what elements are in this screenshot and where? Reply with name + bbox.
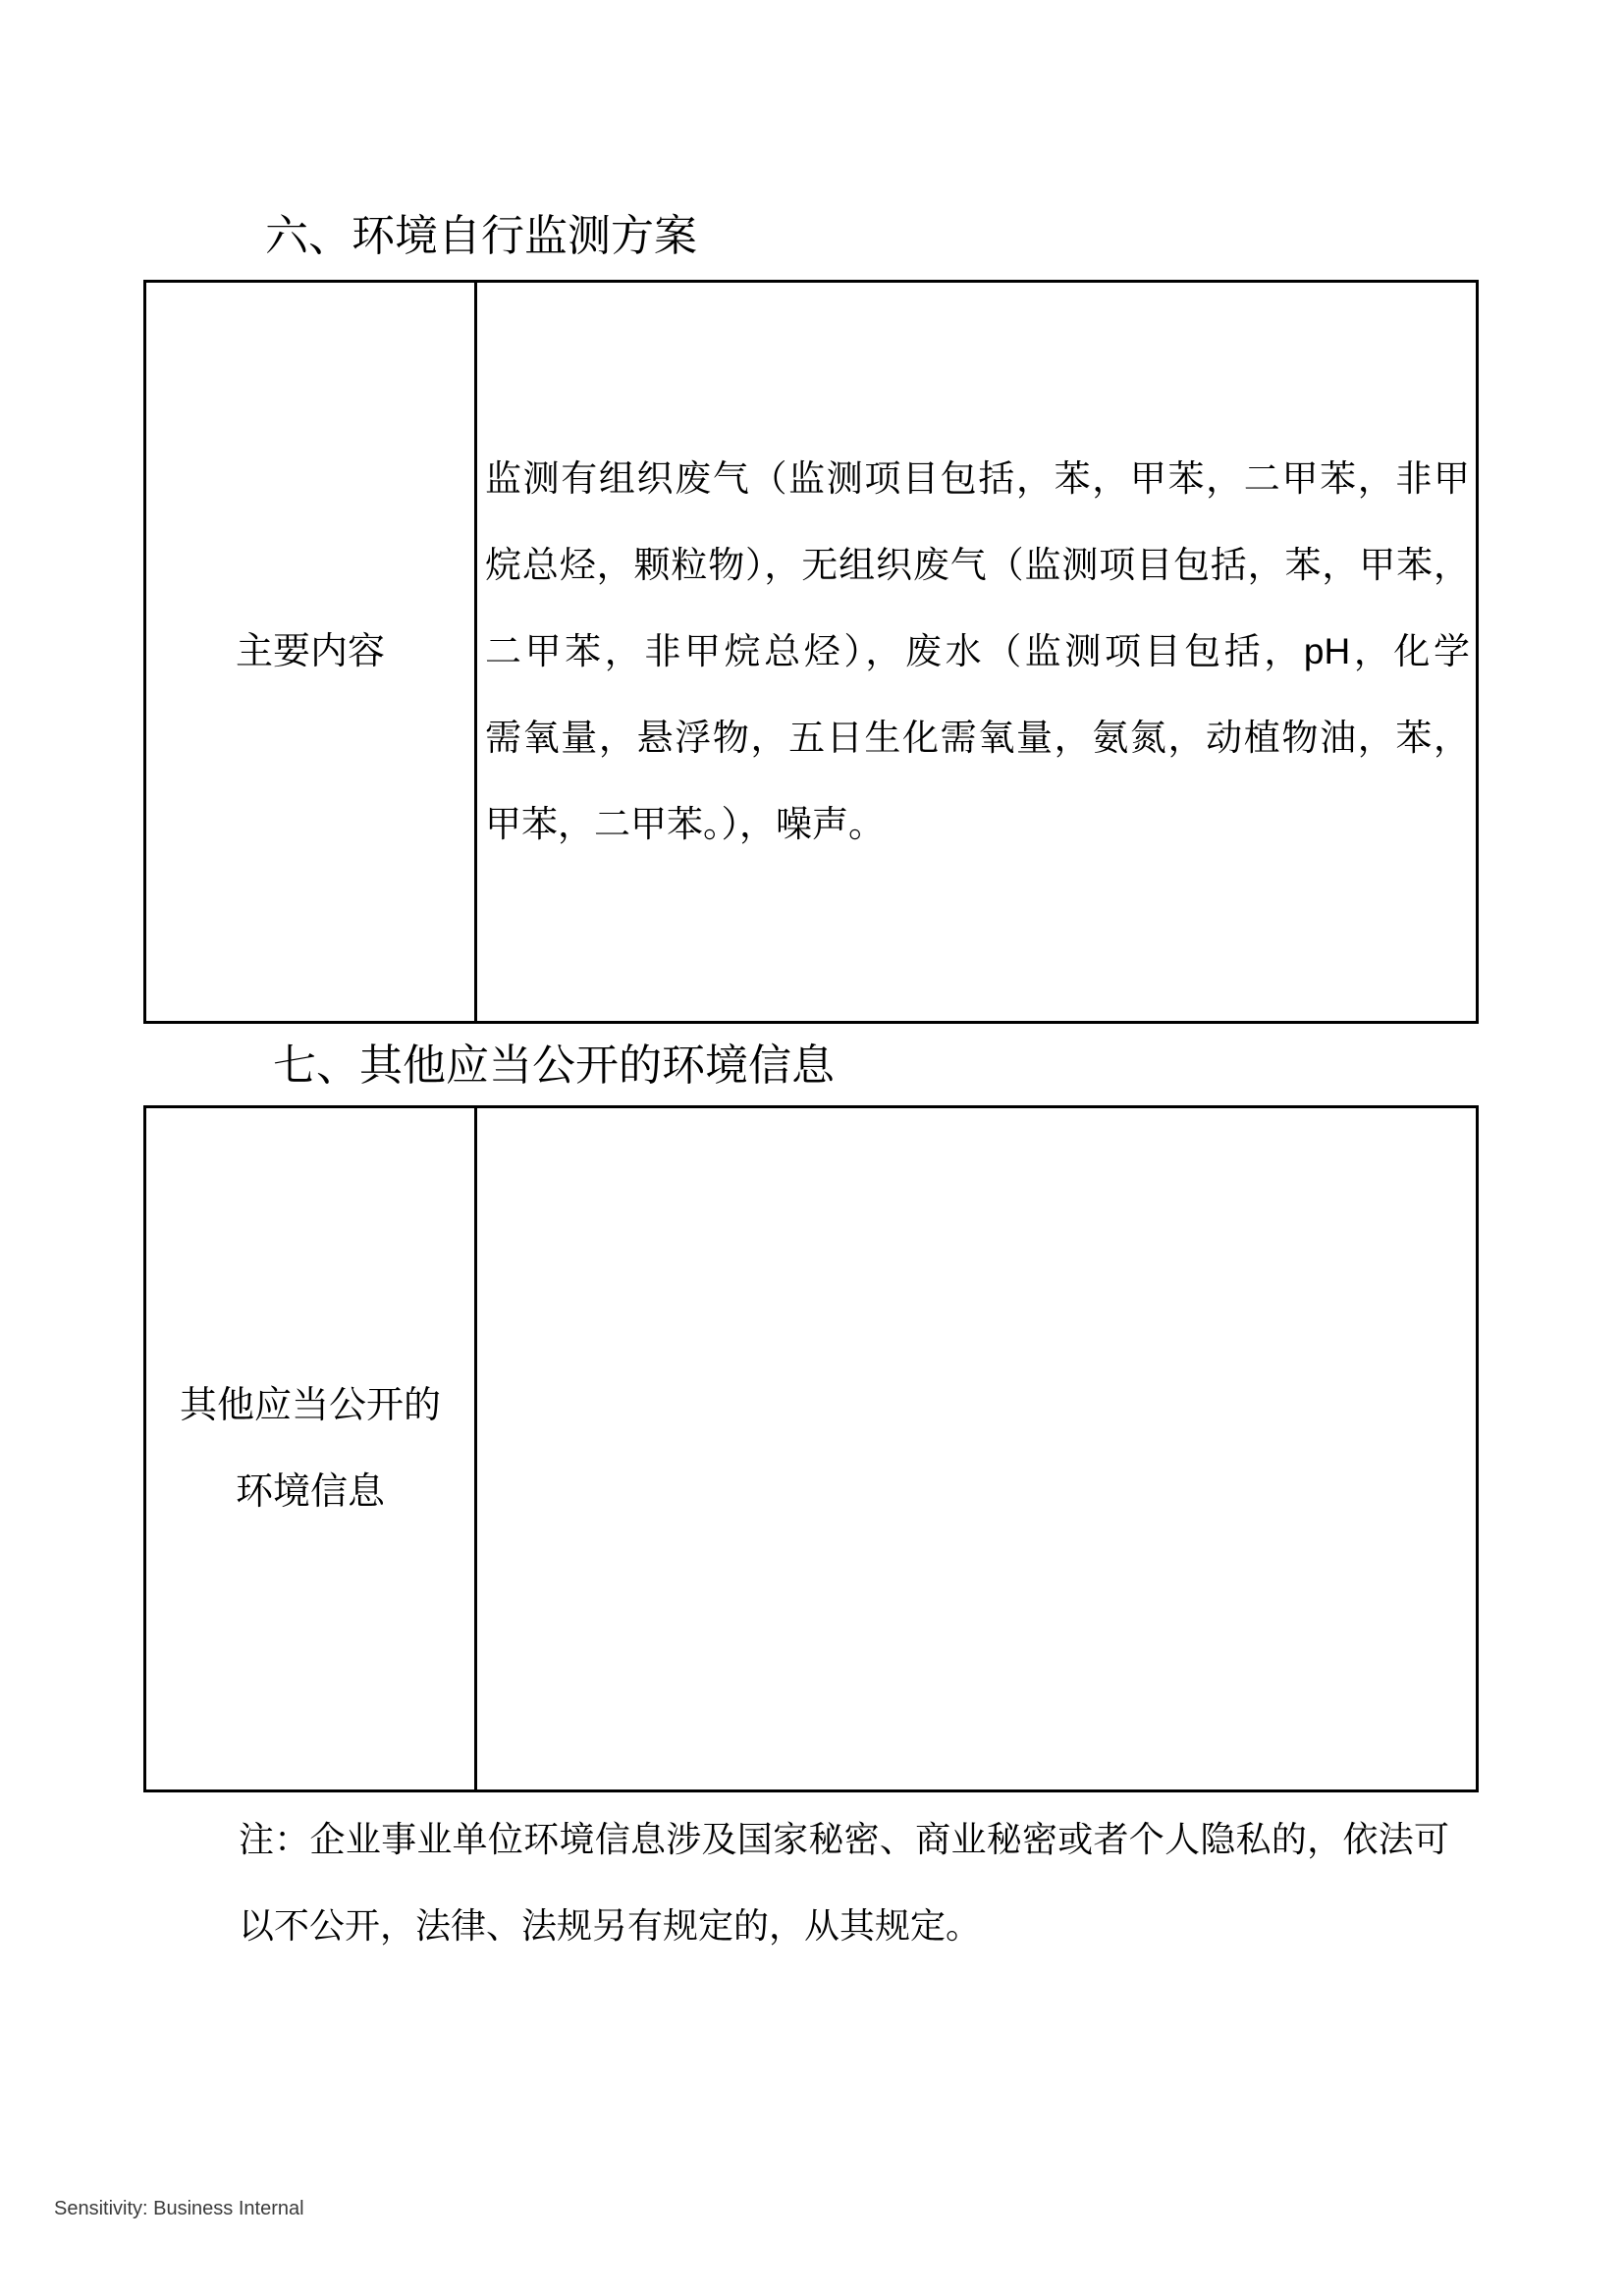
section-7-heading: 七、其他应当公开的环境信息 (273, 1037, 835, 1095)
text-line: 环境信息 (236, 1449, 385, 1535)
other-info-table: 其他应当公开的环境信息 (143, 1105, 1479, 1792)
text-line: 以不公开，法律、法规另有规定的，从其规定。 (239, 1883, 1449, 1969)
text-line: 需氧量，悬浮物，五日生化需氧量，氨氮，动植物油，苯， (485, 695, 1470, 781)
monitoring-plan-table: 主要内容 监测有组织废气（监测项目包括，苯，甲苯，二甲苯，非甲烷总烃，颗粒物），… (143, 280, 1479, 1024)
monitoring-plan-content-cell: 监测有组织废气（监测项目包括，苯，甲苯，二甲苯，非甲烷总烃，颗粒物），无组织废气… (477, 283, 1476, 1021)
other-info-label-cell: 其他应当公开的环境信息 (146, 1108, 477, 1789)
section-6-heading: 六、环境自行监测方案 (265, 207, 697, 266)
text-line: 监测有组织废气（监测项目包括，苯，甲苯，二甲苯，非甲 (485, 436, 1470, 522)
text-line: 甲苯，二甲苯。），噪声。 (485, 781, 1470, 868)
text-line: 烷总烃，颗粒物），无组织废气（监测项目包括，苯，甲苯， (485, 522, 1470, 609)
text-line: 注：企业事业单位环境信息涉及国家秘密、商业秘密或者个人隐私的，依法可 (239, 1796, 1449, 1883)
text-line: 二甲苯，非甲烷总烃），废水（监测项目包括，pH，化学 (485, 609, 1470, 695)
document-page: { "document": { "sections": [ { "heading… (0, 0, 1624, 2296)
footnote: 注：企业事业单位环境信息涉及国家秘密、商业秘密或者个人隐私的，依法可以不公开，法… (239, 1796, 1449, 1969)
sensitivity-label: Sensitivity: Business Internal (54, 2197, 304, 2220)
text-line: 其他应当公开的 (180, 1362, 441, 1449)
monitoring-plan-row-label: 主要内容 (236, 609, 385, 695)
other-info-content-cell (477, 1108, 1476, 1789)
monitoring-plan-label-cell: 主要内容 (146, 283, 477, 1021)
